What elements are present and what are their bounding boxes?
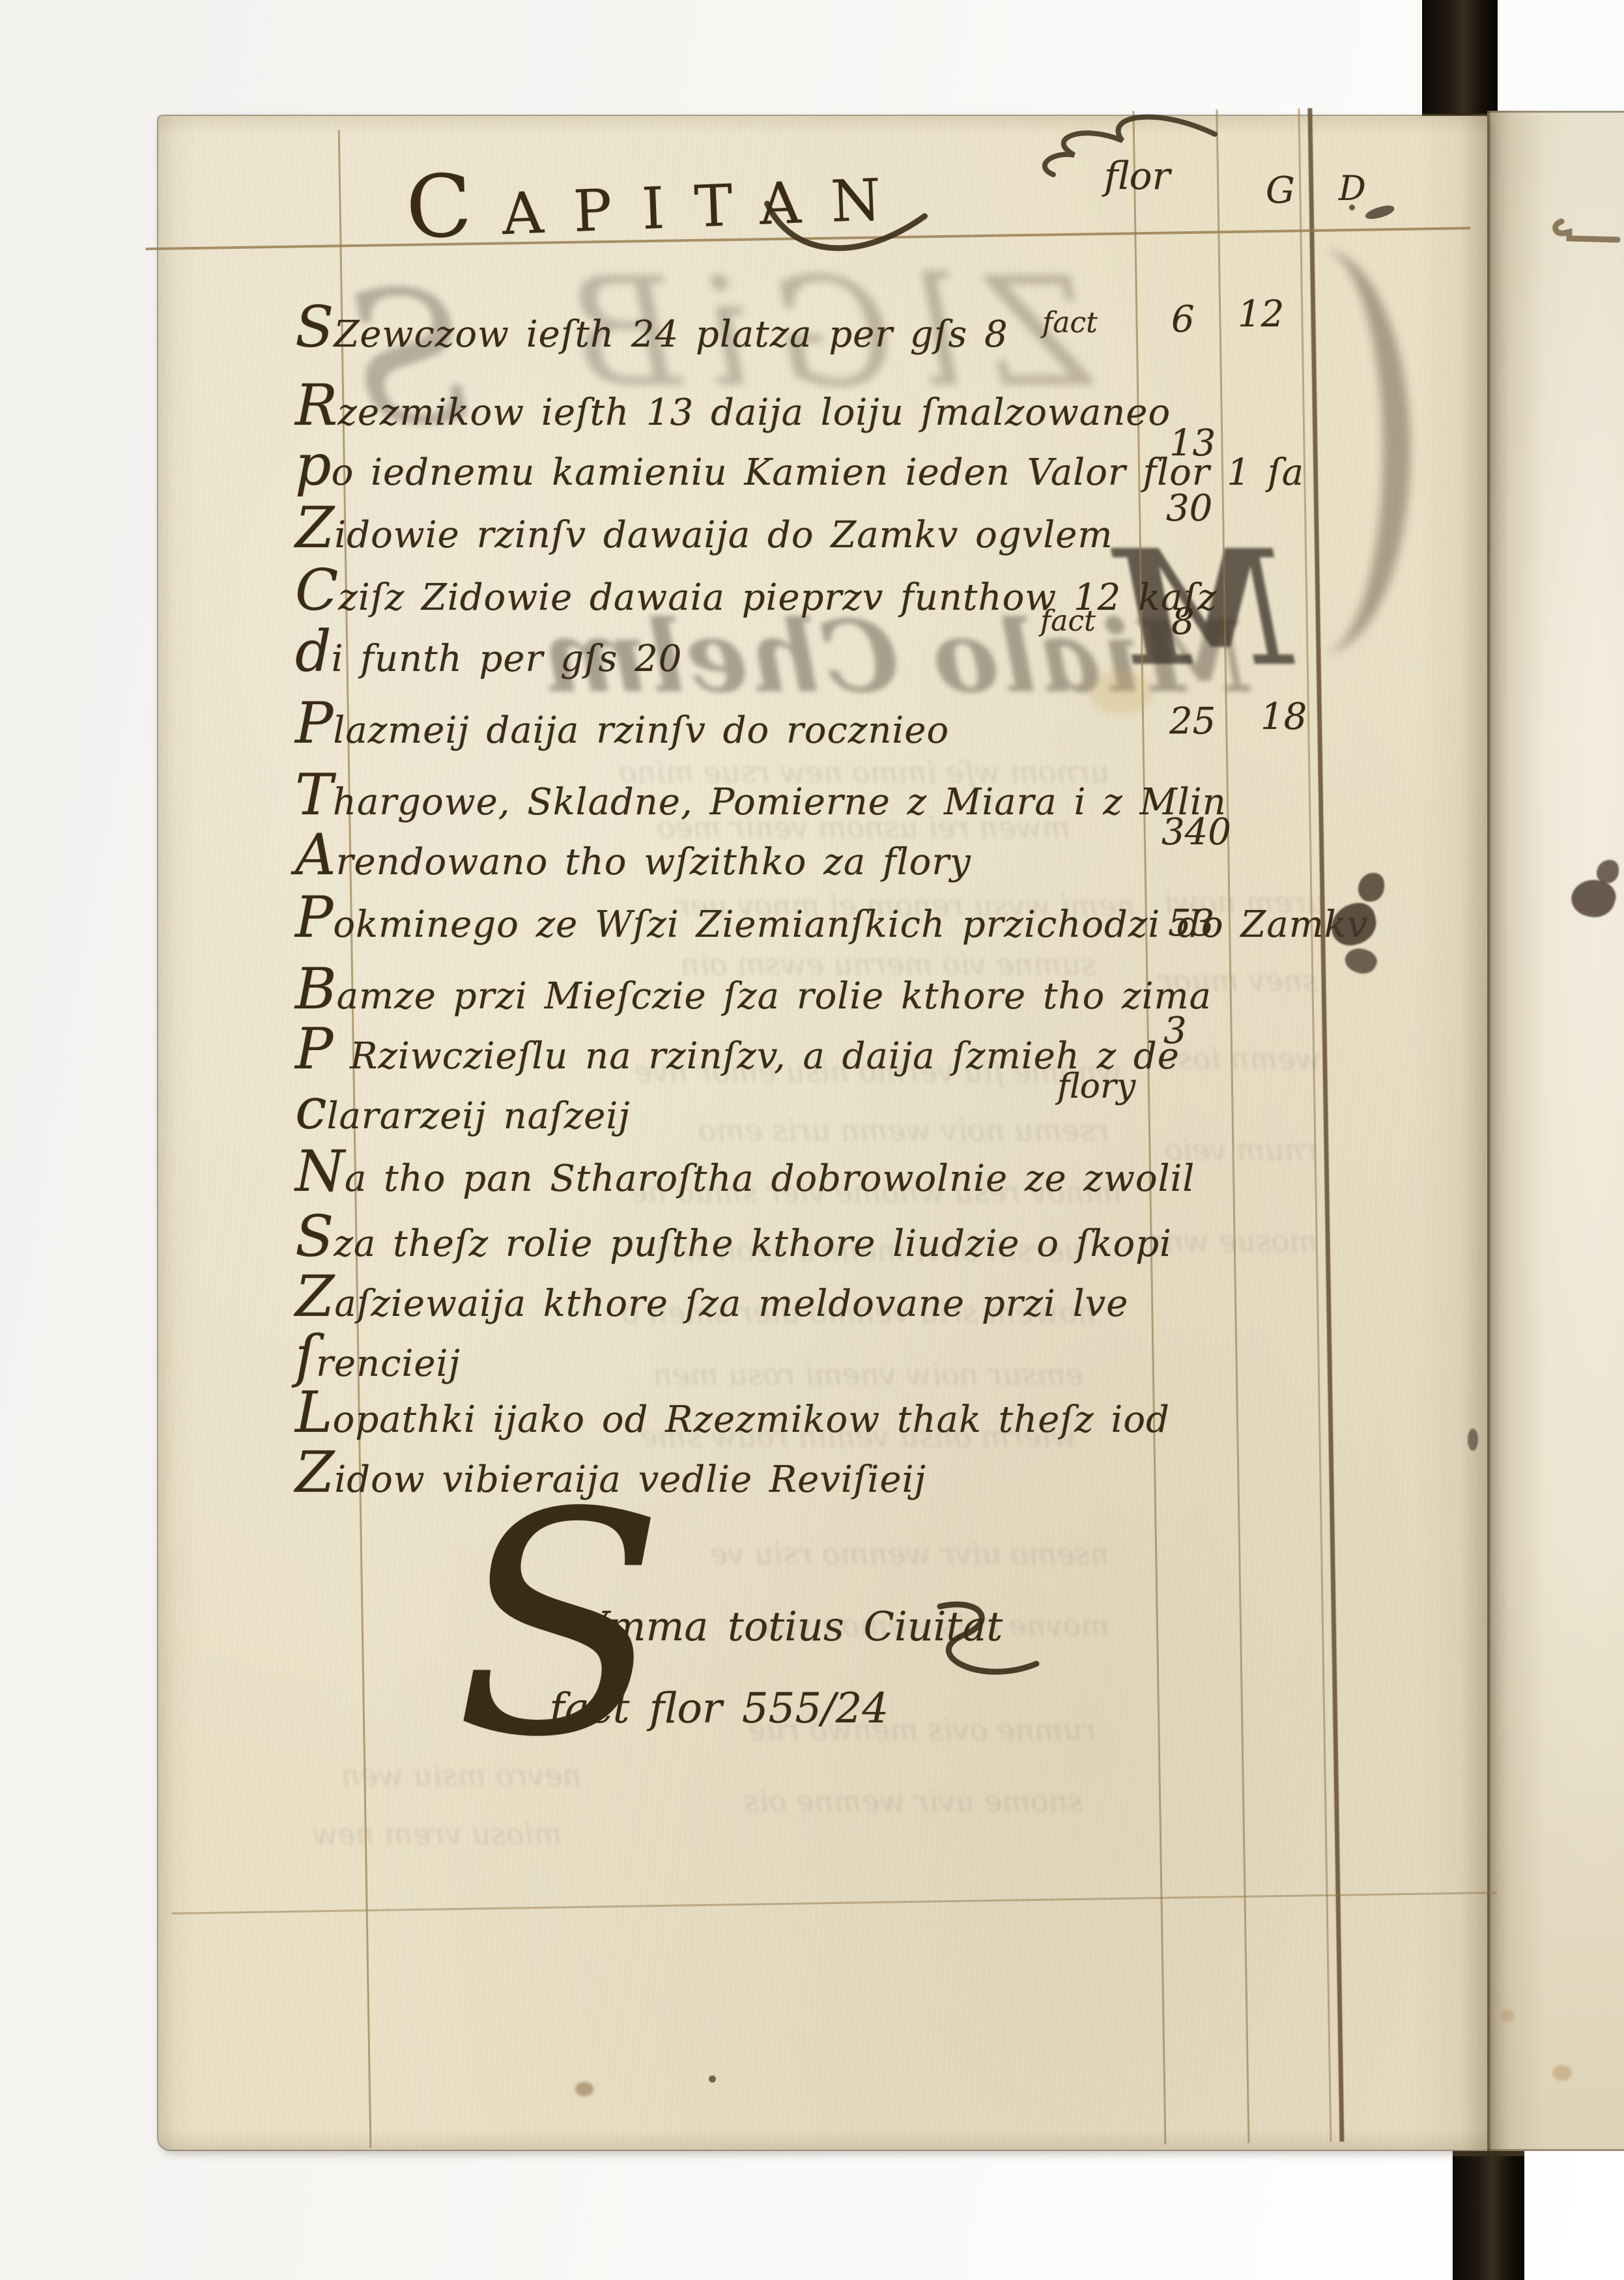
- fox-spot: [1552, 2065, 1572, 2081]
- entry-line: Bamze przi Mieſczie ſza rolie kthore tho…: [295, 956, 1212, 1022]
- entry-line: Na tho pan Stharoſtha dobrowolnie ze zwo…: [295, 1139, 1195, 1204]
- fox-spot-2: [1500, 2010, 1515, 2021]
- ink-blot-mirror-2: [1597, 860, 1619, 883]
- facing-page-sliver: [1487, 111, 1624, 2151]
- entry-line: P Rziwczieſlu na rzinſzv, a daija ſzmieh…: [295, 1016, 1180, 1082]
- title-swash: [762, 187, 936, 277]
- flor-value: 6: [1171, 298, 1195, 341]
- entry-line: po iednemu kamieniu Kamien ieden Valor f…: [295, 433, 1304, 498]
- manuscript-page: S ZlGiB Mialo Chelm M urnom wſe immo new…: [158, 116, 1487, 2150]
- flor-value: 8: [1171, 601, 1195, 643]
- flor-value: 25: [1169, 700, 1216, 743]
- entry-line: Rzezmikow ieſth 13 daija loiju ſmalzowan…: [295, 373, 1171, 438]
- entry-line: Sza theſz rolie puſthe kthore liudzie o …: [295, 1204, 1172, 1270]
- column-header-d: D: [1339, 169, 1366, 208]
- fact-tag: fact: [1042, 306, 1098, 339]
- flor-value: 30: [1166, 487, 1212, 530]
- entry-line: Arendowano tho wſzithko za flory: [295, 822, 971, 888]
- dark-dot: [709, 2075, 716, 2083]
- gutter-mark: [1468, 1429, 1478, 1451]
- entry-line: Thargowe, Skladne, Pomierne z Miara i z …: [295, 762, 1227, 828]
- flourish-mark: [1550, 212, 1621, 251]
- grossi-value: 18: [1261, 696, 1307, 738]
- flor-value: 340: [1161, 811, 1231, 853]
- brown-spot: [575, 2082, 593, 2096]
- ink-dot: [1349, 205, 1355, 210]
- entry-line: SZewczow ieſth 24 platza per gſs 8: [295, 294, 1008, 360]
- footer-rule: [172, 1892, 1497, 1915]
- flor-value: 53: [1168, 902, 1214, 945]
- scanned-manuscript-photo: S ZlGiB Mialo Chelm M urnom wſe immo new…: [0, 0, 1624, 2280]
- summary-swash: [901, 1601, 1044, 1699]
- entry-line: Zaſziewaija kthore ſza meldovane przi lv…: [295, 1264, 1128, 1330]
- flor-header-swash: [1025, 112, 1220, 197]
- column-header-g: G: [1266, 169, 1295, 212]
- book-clamp-top: [1422, 0, 1498, 117]
- flor-value: 3: [1163, 1010, 1187, 1052]
- entry-line: clararzeij naſzeij: [295, 1076, 631, 1142]
- flory-tag: flory: [1057, 1067, 1135, 1106]
- entry-line: Plazmeij daija rzinſv do rocznieo: [295, 691, 949, 756]
- summary-total: fact flor 555/24: [549, 1685, 889, 1733]
- fact-tag: fact: [1040, 605, 1096, 638]
- entry-line: Lopathki ijako od Rzezmikow thak theſz i…: [295, 1380, 1170, 1446]
- entry-line: di funth per gſs 20: [295, 619, 682, 685]
- grossi-column-rule: [1216, 109, 1249, 2143]
- flor-value: 13: [1169, 422, 1216, 464]
- entry-line: Zidowie rzinſv dawaija do Zamkv ogvlem: [295, 495, 1113, 561]
- grossi-value: 12: [1238, 293, 1284, 335]
- book-clamp-bottom: [1453, 2151, 1524, 2280]
- paper-stain: [1090, 670, 1152, 715]
